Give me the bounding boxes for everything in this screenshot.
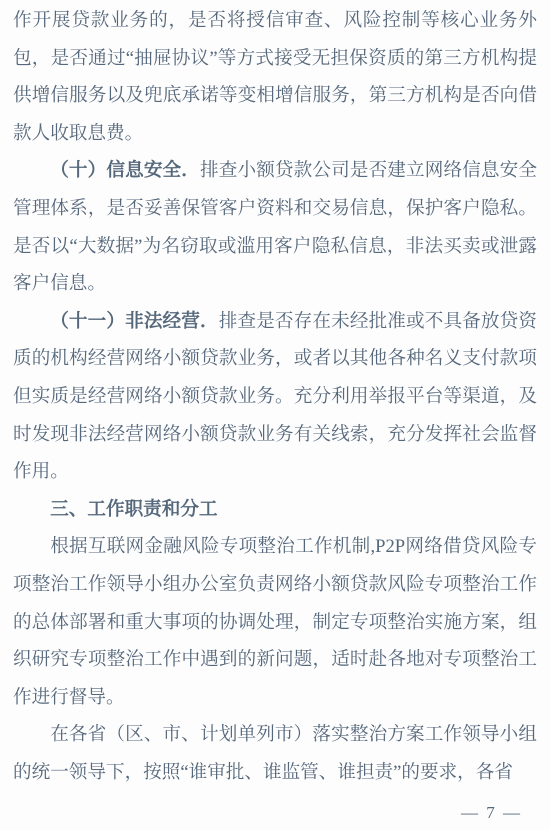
section-10-paragraph: （十）信息安全．排查小额贷款公司是否建立网络信息安全管理体系，是否妥善保管客户资… [13,152,537,302]
paragraph-text: 作开展贷款业务的，是否将授信审查、风险控制等核心业务外包，是否通过“抽屉协议”等… [13,10,537,144]
section-10-heading: （十）信息安全． [50,160,200,181]
document-page: 作开展贷款业务的，是否将授信审查、风险控制等核心业务外包，是否通过“抽屉协议”等… [0,0,550,831]
chapter-3-heading: 三、工作职责和分工 [13,491,537,529]
paragraph-text: 在各省（区、市、计划单列市）落实整治方案工作领导小组的统一领导下，按照“谁审批、… [13,724,537,783]
section-11-heading: （十一）非法经营． [50,311,219,332]
body-paragraph-provinces: 在各省（区、市、计划单列市）落实整治方案工作领导小组的统一领导下，按照“谁审批、… [13,716,537,791]
continued-paragraph: 作开展贷款业务的，是否将授信审查、风险控制等核心业务外包，是否通过“抽屉协议”等… [13,2,537,152]
body-paragraph-duties: 根据互联网金融风险专项整治工作机制,P2P网络借贷风险专项整治工作领导小组办公室… [13,528,537,716]
paragraph-text: 排查是否存在未经批准或不具备放贷资质的机构经营网络小额贷款业务，或者以其他各种名… [13,311,537,482]
paragraph-text: 根据互联网金融风险专项整治工作机制,P2P网络借贷风险专项整治工作领导小组办公室… [13,536,537,707]
page-number: — 7 — [461,804,522,821]
section-11-paragraph: （十一）非法经营．排查是否存在未经批准或不具备放贷资质的机构经营网络小额贷款业务… [13,303,537,491]
